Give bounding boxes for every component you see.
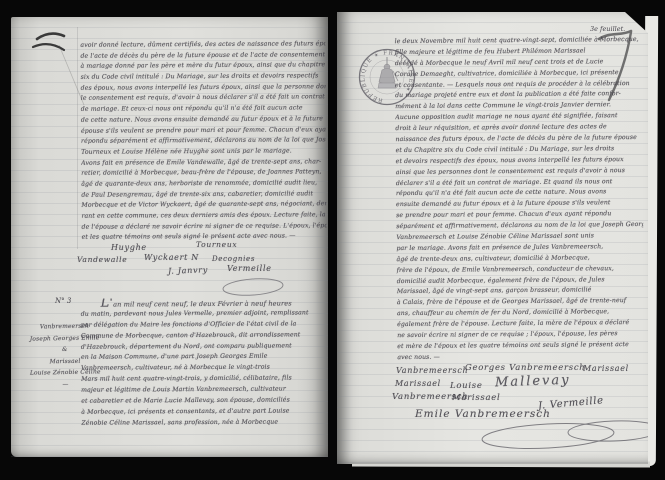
handwritten-line: Zénobie Céline Marissael, sans professio…	[81, 417, 327, 429]
signature-officer-vermeille: J. Vermeille	[538, 395, 605, 412]
signature-huyghe: Huyghe	[111, 243, 147, 252]
officer-signature-flourish	[452, 412, 664, 454]
act-2-closing-text: avoir donné lecture, dûment certifiés, d…	[80, 39, 326, 244]
signature-marissael-1: Marissael	[583, 364, 629, 373]
signature-vandewalle: Vandewalle	[77, 255, 127, 264]
signature-mallevay: Mallevay	[495, 373, 571, 391]
signature-marissael-3: Marissael	[452, 393, 500, 403]
right-page: 3e feuillet. RÉPUBLIQUE ✶ FRANÇAISE ✶	[337, 12, 648, 464]
signature-janvry: J. Janvry	[168, 265, 208, 275]
act-3-opening-text: L'an mil neuf cent neuf, le deux Février…	[81, 297, 328, 429]
signature-decognies: Decognies	[212, 255, 255, 263]
left-page: avoir donné lecture, dûment certifiés, d…	[11, 17, 328, 457]
signature-flourish	[219, 274, 291, 300]
act-number: N° 3	[55, 297, 71, 305]
signature-vanbremeersch-1: Vanbremeersch	[396, 366, 468, 375]
signature-marissael-2: Marissael	[395, 379, 441, 388]
signature-wyckaert: Wyckaert N	[144, 253, 199, 262]
margin-crease-line	[77, 27, 78, 249]
signature-officer-left: Vermeille	[227, 264, 272, 273]
signature-georges-vanbremeersch: Georges Vanbremeersch	[465, 363, 585, 373]
act-3-body-text: le deux Novembre mil huit cent quatre-vi…	[395, 35, 645, 364]
signature-tourneux: Tourneux	[196, 240, 237, 249]
signature-louise: Louise	[450, 381, 483, 391]
handwritten-line: avec nous. —	[397, 351, 644, 364]
scanned-register-spread: avoir donné lecture, dûment certifiés, d…	[0, 0, 665, 480]
